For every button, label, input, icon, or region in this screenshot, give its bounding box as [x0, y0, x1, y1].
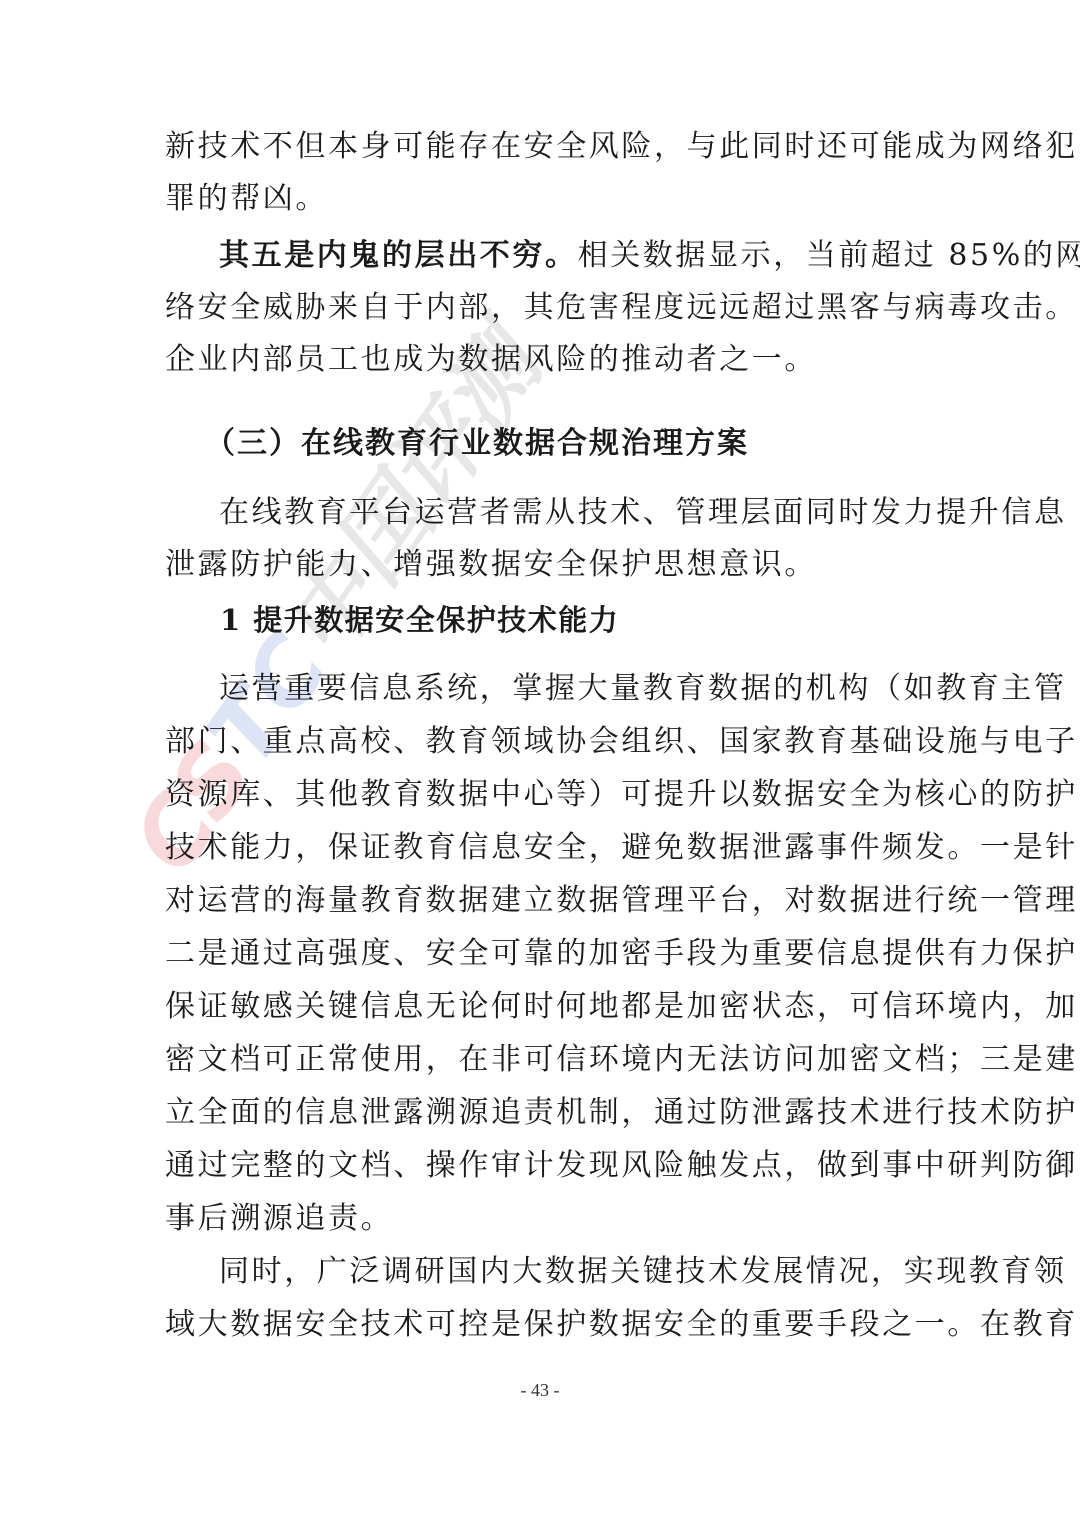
- paragraph-line: 同时，广泛调研国内大数据关键技术发展情况，实现教育领: [219, 1252, 915, 1292]
- paragraph-line: 新技术不但本身可能存在安全风险，与此同时还可能成为网络犯: [165, 127, 915, 167]
- paragraph-line: 运营重要信息系统，掌握大量教育数据的机构（如教育主管: [219, 669, 915, 709]
- paragraph-line: 对运营的海量教育数据建立数据管理平台，对数据进行统一管理；: [165, 881, 915, 921]
- paragraph-line: 部门、重点高校、教育领域协会组织、国家教育基础设施与电子: [165, 722, 915, 762]
- paragraph-line: 其五是内鬼的层出不穷。相关数据显示，当前超过 85%的网: [219, 236, 915, 276]
- bold-lead: 其五是内鬼的层出不穷。: [219, 238, 578, 273]
- paragraph-line: 罪的帮凶。: [165, 179, 915, 219]
- page-number: - 43 -: [0, 1380, 1080, 1401]
- paragraph-line: 技术能力，保证教育信息安全，避免数据泄露事件频发。一是针: [165, 828, 915, 868]
- paragraph-line: 保证敏感关键信息无论何时何地都是加密状态，可信环境内，加: [165, 987, 915, 1027]
- paragraph-line: 事后溯源追责。: [165, 1199, 915, 1239]
- paragraph-line: 域大数据安全技术可控是保护数据安全的重要手段之一。在教育: [165, 1305, 915, 1345]
- paragraph-line: 通过完整的文档、操作审计发现风险触发点，做到事中研判防御，: [165, 1146, 915, 1186]
- lead-rest: 相关数据显示，当前超过 85%的网: [578, 238, 1080, 273]
- section-heading: （三）在线教育行业数据合规治理方案: [205, 424, 749, 464]
- paragraph-line: 二是通过高强度、安全可靠的加密手段为重要信息提供有力保护，: [165, 934, 915, 974]
- paragraph-line: 密文档可正常使用，在非可信环境内无法访问加密文档；三是建: [165, 1040, 915, 1080]
- paragraph-line: 立全面的信息泄露溯源追责机制，通过防泄露技术进行技术防护，: [165, 1093, 915, 1133]
- paragraph-line: 络安全威胁来自于内部，其危害程度远远超过黑客与病毒攻击。: [165, 288, 915, 328]
- paragraph-line: 在线教育平台运营者需从技术、管理层面同时发力提升信息: [219, 493, 915, 533]
- subsection-heading: 1 提升数据安全保护技术能力: [220, 600, 619, 640]
- paragraph-line: 企业内部员工也成为数据风险的推动者之一。: [165, 340, 915, 380]
- paragraph-line: 资源库、其他教育数据中心等）可提升以数据安全为核心的防护: [165, 775, 915, 815]
- paragraph-line: 泄露防护能力、增强数据安全保护思想意识。: [165, 545, 915, 585]
